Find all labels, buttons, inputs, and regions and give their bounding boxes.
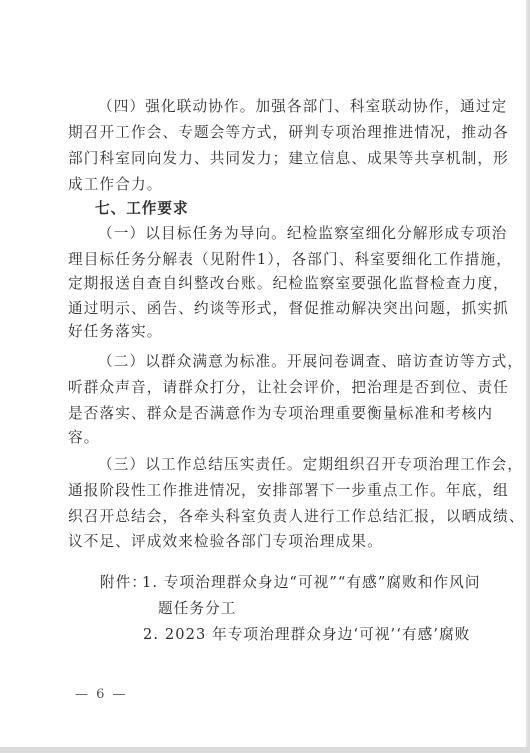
paragraph-line: （二）以群众满意为标准。开展问卷调查、暗访查访等方式，	[68, 352, 464, 372]
paragraph-line: 织召开总结会，各牵头科室负责人进行工作总结汇报，以晒成绩、	[68, 507, 464, 527]
paragraph-line: 容。	[68, 428, 464, 448]
paragraph-line: 好任务落实。	[68, 322, 464, 342]
paragraph-line: 议不足、评成效来检验各部门专项治理成果。	[68, 532, 464, 552]
paragraph-line: 期召开工作会、专题会等方式，研判专项治理推进情况，推动各	[68, 123, 464, 143]
paragraph-line: 通报阶段性工作推进情况，安排部署下一步重点工作。年底，组	[68, 481, 464, 501]
paragraph-line: （三）以工作总结压实责任。定期组织召开专项治理工作会，	[68, 455, 464, 475]
paragraph-line: 通过明示、函告、约谈等形式，督促推动解决突出问题，抓实抓	[68, 299, 464, 319]
paragraph-line: 成工作合力。	[68, 175, 464, 195]
attachment-item-1-continued: 题任务分工	[158, 599, 236, 619]
attachments-label: 附件：	[100, 573, 147, 593]
attachment-item-2: 2. 2023 年专项治理群众身边‘可视’‘有感’腐败	[143, 625, 471, 645]
paragraph-line: 是否落实、群众是否满意作为专项治理重要衡量标准和考核内	[68, 404, 464, 424]
paragraph-line: 部门科室同向发力、共同发力；建立信息、成果等共享机制，形	[68, 149, 464, 169]
paragraph-line: 定期报送自查自纠整改台账。纪检监察室要强化监督检查力度，	[68, 274, 464, 294]
document-page: （四）强化联动协作。加强各部门、科室联动协作，通过定 期召开工作会、专题会等方式…	[0, 0, 528, 747]
paragraph-line: 理目标任务分解表（见附件1），各部门、科室要细化工作措施，	[68, 250, 464, 270]
attachment-item-1: 1. 专项治理群众身边“可视”“有感”腐败和作风问	[142, 573, 464, 593]
page-number: — 6 —	[75, 687, 128, 702]
paragraph-line: （一）以目标任务为导向。纪检监察室细化分解形成专项治	[68, 224, 464, 244]
paragraph-line: 听群众声音，请群众打分，让社会评价，把治理是否到位、责任	[68, 378, 464, 398]
section-heading: 七、工作要求	[95, 199, 491, 219]
paragraph-line: （四）强化联动协作。加强各部门、科室联动协作，通过定	[68, 97, 464, 117]
